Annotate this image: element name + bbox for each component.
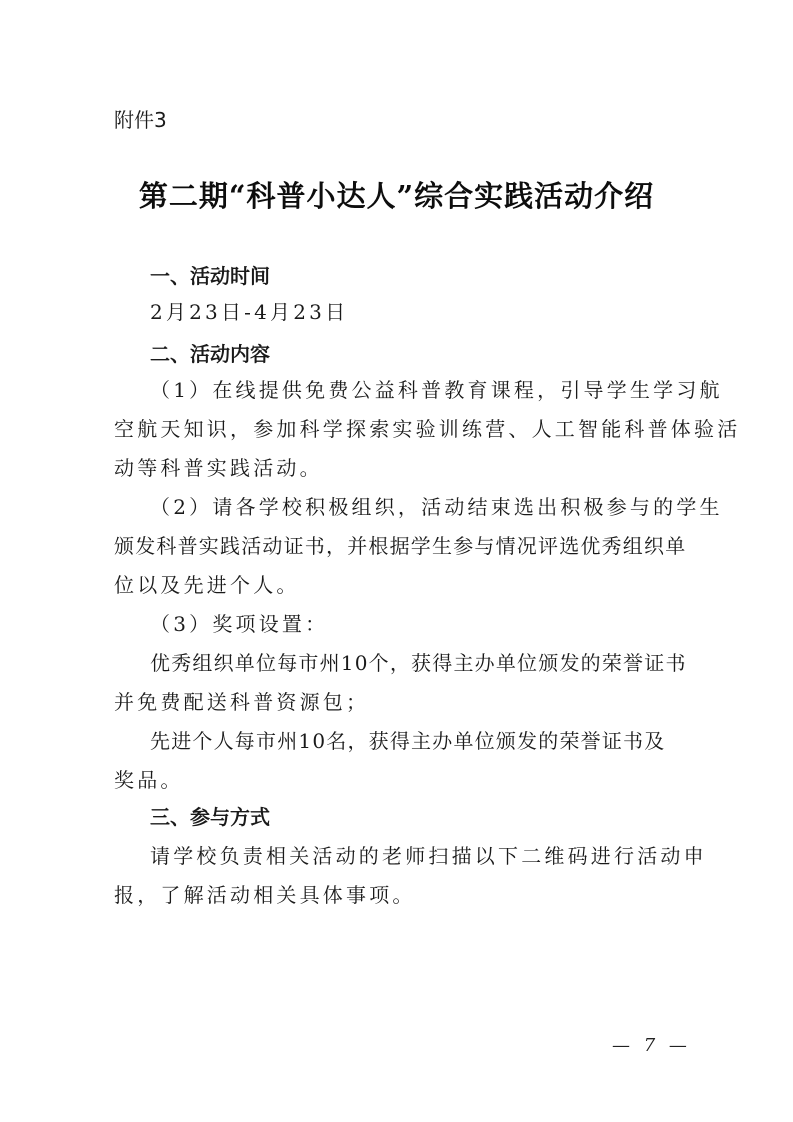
paragraph-line: 动等科普实践活动。 [114, 456, 323, 480]
paragraph-line: 报，了解活动相关具体事项。 [114, 883, 416, 907]
paragraph-line: （3）奖项设置： [150, 612, 328, 636]
paragraph-line: （1）在线提供免费公益科普教育课程，引导学生学习航 [150, 378, 723, 402]
paragraph-line: 先进个人每市州10名，获得主办单位颁发的荣誉证书及 [150, 729, 665, 753]
activity-date-range: 2月23日-4月23日 [150, 300, 348, 324]
paragraph-line: 空航天知识，参加科学探索实验训练营、人工智能科普体验活 [114, 417, 740, 441]
document-title: 第二期“科普小达人”综合实践活动介绍 [0, 178, 793, 214]
paragraph-line: 请学校负责相关活动的老师扫描以下二维码进行活动申 [150, 844, 707, 868]
attachment-label: 附件3 [114, 108, 167, 132]
paragraph-line: 优秀组织单位每市州10个，获得主办单位颁发的荣誉证书 [150, 651, 687, 675]
section-heading-participation: 三、参与方式 [150, 805, 270, 829]
paragraph-line: 颁发科普实践活动证书，并根据学生参与情况评选优秀组织单 [114, 534, 686, 558]
paragraph-line: 位以及先进个人。 [114, 573, 300, 597]
document-page: 附件3 第二期“科普小达人”综合实践活动介绍 一、活动时间 2月23日-4月23… [0, 0, 793, 1122]
page-number: — 7 — [612, 1034, 691, 1058]
paragraph-line: 并免费配送科普资源包； [114, 690, 369, 714]
paragraph-line: （2）请各学校积极组织，活动结束选出积极参与的学生 [150, 495, 723, 519]
section-heading-content: 二、活动内容 [150, 342, 270, 366]
paragraph-line: 奖品。 [114, 768, 184, 792]
section-heading-time: 一、活动时间 [150, 264, 270, 288]
